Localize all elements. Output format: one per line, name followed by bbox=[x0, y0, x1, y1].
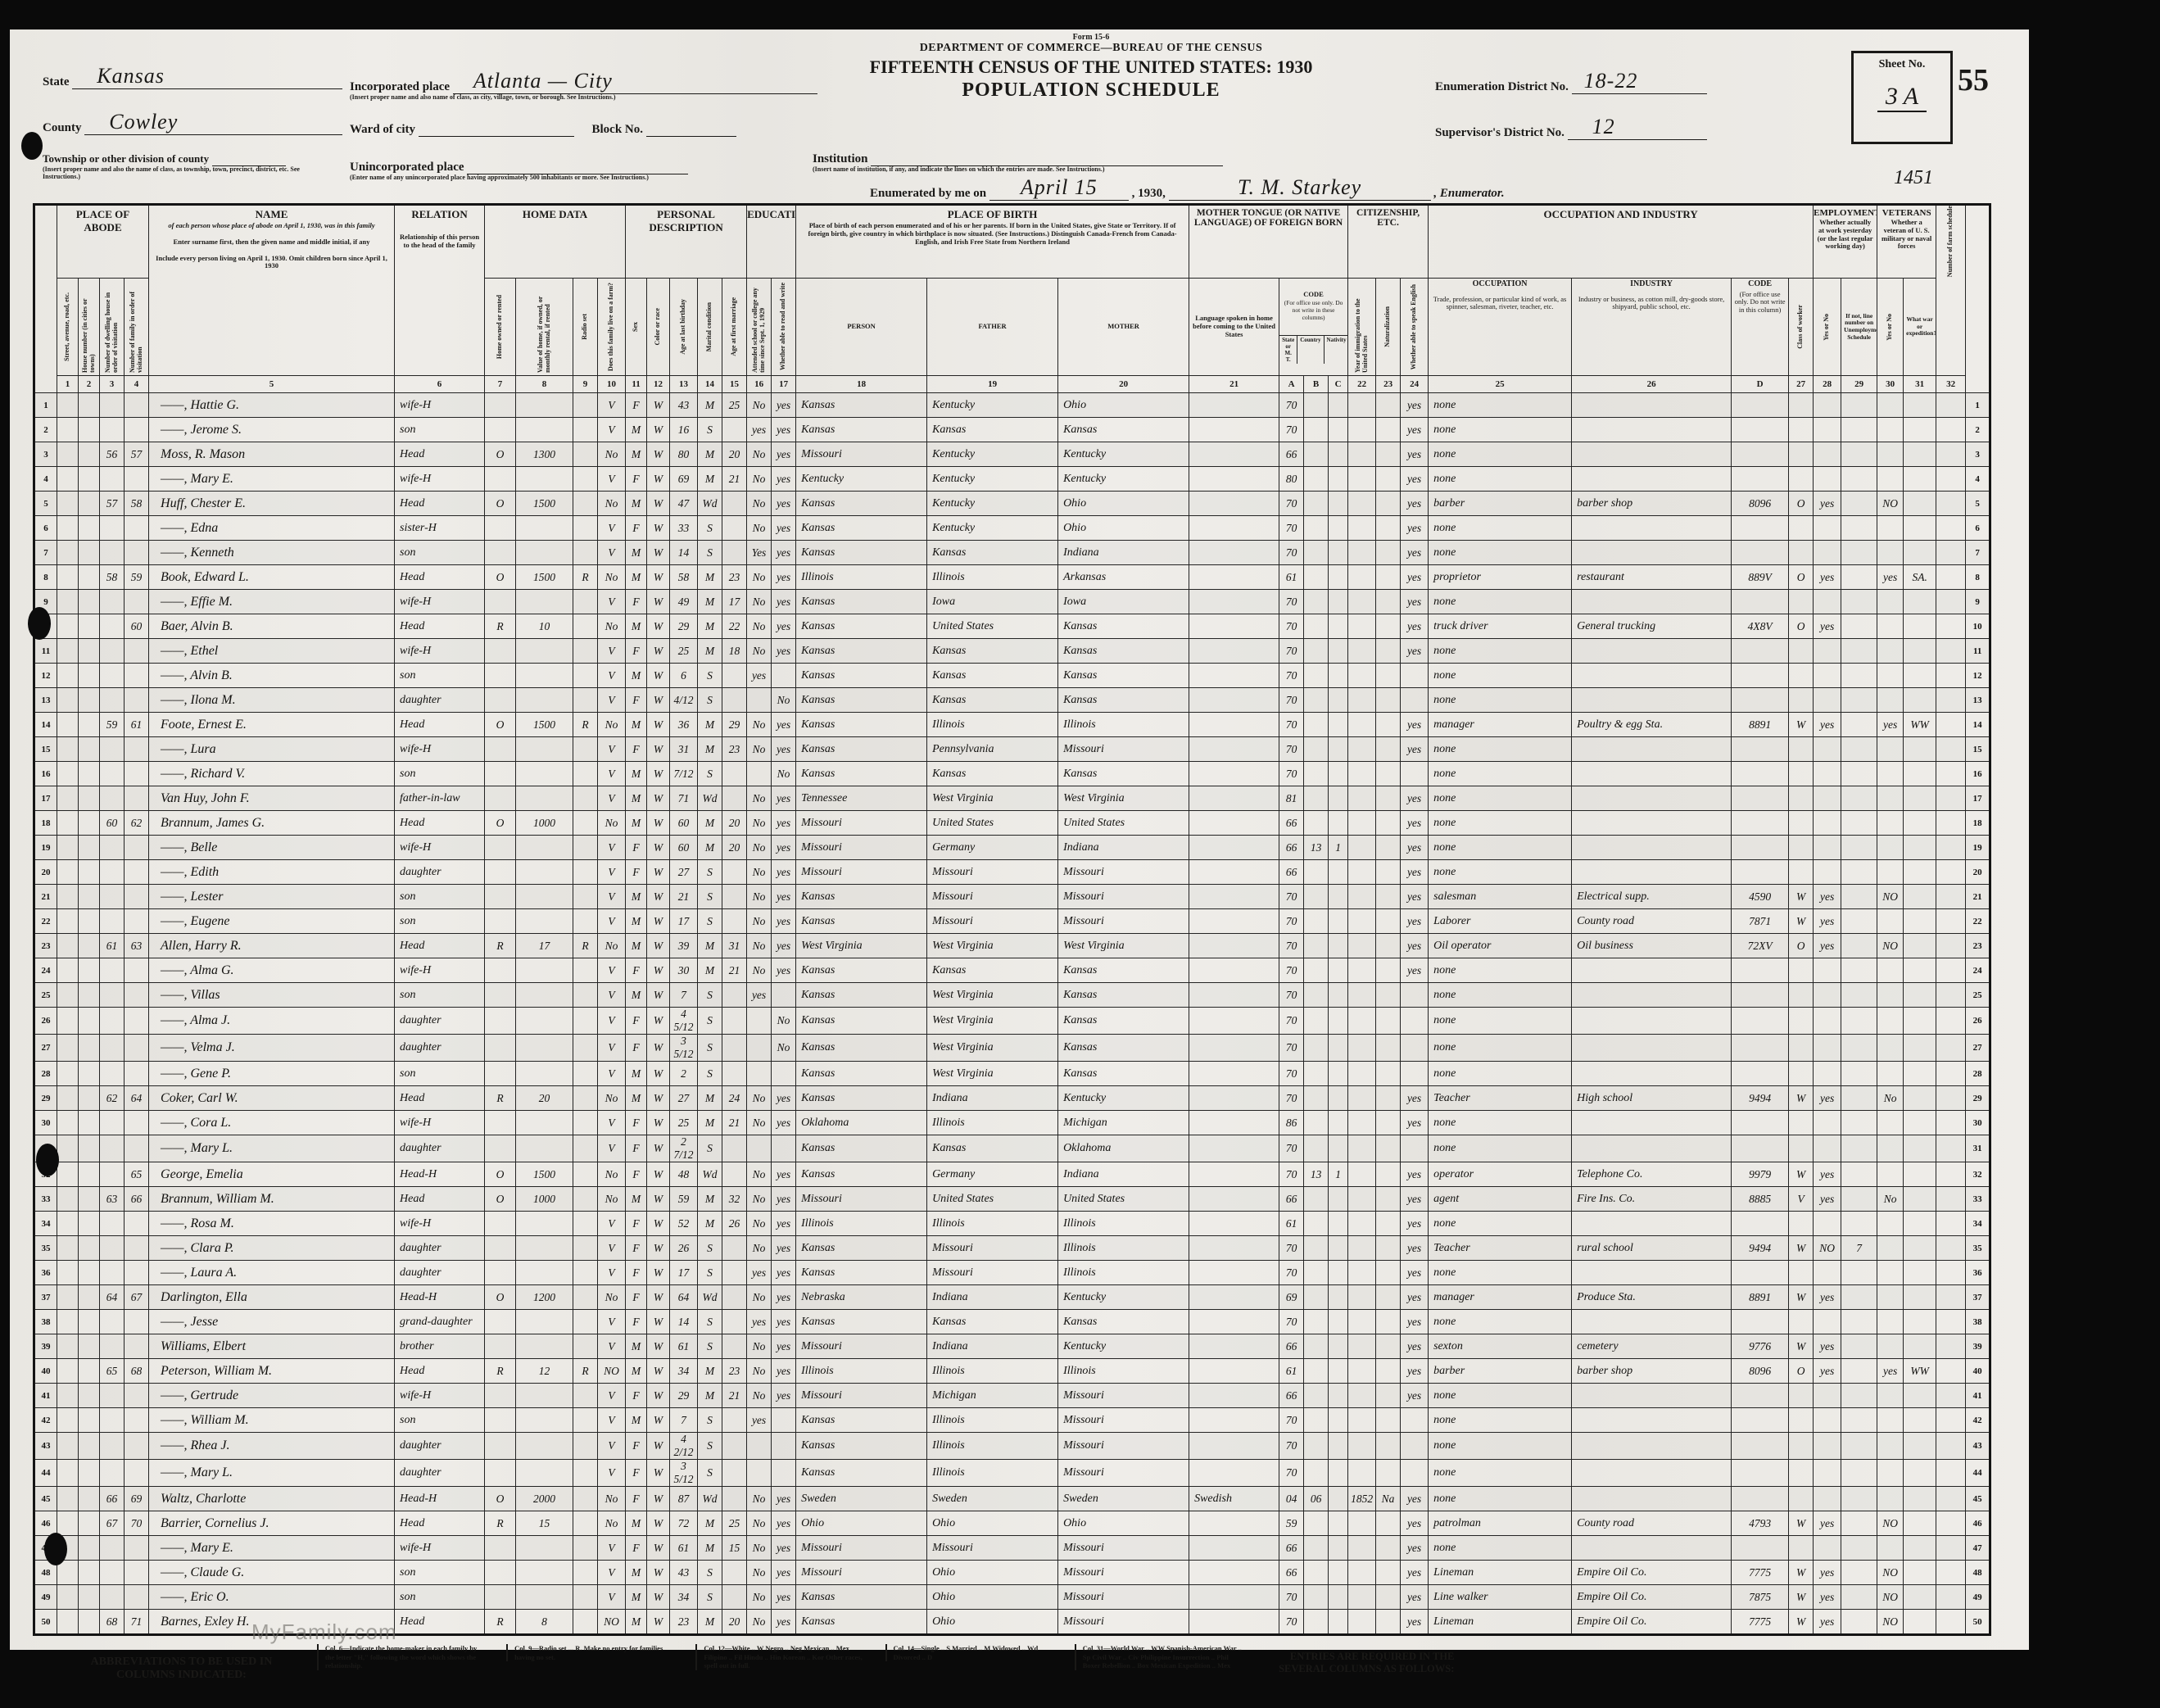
cell bbox=[57, 1111, 79, 1135]
line-number-left: 17 bbox=[34, 786, 57, 811]
cell: barber shop bbox=[1572, 1359, 1732, 1384]
cell: 71 bbox=[125, 1610, 149, 1635]
cell: yes bbox=[1401, 909, 1429, 934]
cell: 64 bbox=[670, 1285, 698, 1310]
cell bbox=[79, 909, 100, 934]
line-number-right: 6 bbox=[1966, 516, 1990, 541]
cell: S bbox=[698, 1008, 722, 1035]
cell: yes bbox=[772, 1585, 796, 1610]
cell: Kansas bbox=[796, 614, 927, 639]
cell bbox=[1732, 737, 1789, 762]
cell bbox=[485, 737, 516, 762]
cell bbox=[1348, 467, 1376, 492]
cell: Missouri bbox=[927, 885, 1058, 909]
cell: yes bbox=[772, 565, 796, 590]
cell bbox=[722, 516, 747, 541]
cell: yes bbox=[747, 418, 772, 442]
cell: No bbox=[747, 786, 772, 811]
cell bbox=[1877, 1408, 1904, 1433]
cell bbox=[1904, 983, 1936, 1008]
cell: Empire Oil Co. bbox=[1572, 1561, 1732, 1585]
line-number-left: 24 bbox=[34, 958, 57, 983]
cell: 80 bbox=[670, 442, 698, 467]
cell: W bbox=[1789, 1285, 1814, 1310]
cell: V bbox=[598, 1062, 626, 1086]
cell: V bbox=[598, 1536, 626, 1561]
cell bbox=[79, 516, 100, 541]
cell: Laborer bbox=[1429, 909, 1572, 934]
cell bbox=[79, 1086, 100, 1111]
cell: 48 bbox=[670, 1162, 698, 1187]
cell bbox=[1329, 590, 1348, 614]
cell bbox=[79, 1008, 100, 1035]
cell: O bbox=[485, 1162, 516, 1187]
cell bbox=[1304, 1610, 1329, 1635]
cell: 80 bbox=[1279, 467, 1304, 492]
cell bbox=[485, 516, 516, 541]
cell bbox=[1189, 1585, 1279, 1610]
cell bbox=[485, 688, 516, 713]
cell bbox=[1189, 934, 1279, 958]
line-number-left: 2 bbox=[34, 418, 57, 442]
cell bbox=[100, 1035, 125, 1062]
cell bbox=[1936, 1187, 1966, 1212]
cell: yes bbox=[1814, 1334, 1841, 1359]
cell: yes bbox=[1814, 1086, 1841, 1111]
cell: M bbox=[626, 885, 647, 909]
cell: W bbox=[647, 1086, 670, 1111]
cell: 7 bbox=[670, 1408, 698, 1433]
cell bbox=[573, 1062, 598, 1086]
cell bbox=[1348, 786, 1376, 811]
cell bbox=[485, 590, 516, 614]
cell bbox=[79, 1433, 100, 1460]
cell: V bbox=[598, 860, 626, 885]
cell: 70 bbox=[1279, 664, 1304, 688]
cell: none bbox=[1429, 1310, 1572, 1334]
cell: yes bbox=[772, 467, 796, 492]
cell: 20 bbox=[722, 836, 747, 860]
cell bbox=[100, 836, 125, 860]
cell: M bbox=[698, 934, 722, 958]
cell: 62 bbox=[125, 811, 149, 836]
cell: Kansas bbox=[927, 958, 1058, 983]
cell: W bbox=[647, 1008, 670, 1035]
cell bbox=[1189, 860, 1279, 885]
cell: No bbox=[747, 836, 772, 860]
line-number-right: 39 bbox=[1966, 1334, 1990, 1359]
cell bbox=[516, 664, 573, 688]
cell bbox=[100, 1310, 125, 1334]
cell bbox=[1348, 492, 1376, 516]
cell: WW bbox=[1904, 1359, 1936, 1384]
column-number: 27 bbox=[1789, 376, 1814, 393]
cell: Missouri bbox=[796, 442, 927, 467]
cell bbox=[1936, 1460, 1966, 1487]
cell bbox=[1189, 885, 1279, 909]
cell bbox=[485, 393, 516, 418]
cell bbox=[1376, 565, 1401, 590]
cell: 70 bbox=[1279, 1408, 1304, 1433]
cell: 70 bbox=[1279, 1433, 1304, 1460]
cell bbox=[1329, 737, 1348, 762]
line-number-left: 50 bbox=[34, 1610, 57, 1635]
cell: Moss, R. Mason bbox=[149, 442, 395, 467]
cell: W bbox=[647, 860, 670, 885]
cell: F bbox=[626, 516, 647, 541]
cell bbox=[1904, 393, 1936, 418]
cell bbox=[79, 590, 100, 614]
cell: M bbox=[626, 565, 647, 590]
cell bbox=[722, 1035, 747, 1062]
cell bbox=[573, 1460, 598, 1487]
cell bbox=[1329, 418, 1348, 442]
cell bbox=[1904, 860, 1936, 885]
cell: W bbox=[647, 811, 670, 836]
cell bbox=[1572, 467, 1732, 492]
cell bbox=[1189, 1310, 1279, 1334]
cell bbox=[1329, 1487, 1348, 1511]
cell: Illinois bbox=[1058, 1359, 1189, 1384]
cell bbox=[1936, 811, 1966, 836]
cell: F bbox=[626, 737, 647, 762]
cell bbox=[1841, 1310, 1877, 1334]
column-number: 13 bbox=[670, 376, 698, 393]
cell: Head-H bbox=[395, 1285, 485, 1310]
cell: none bbox=[1429, 1261, 1572, 1285]
institution-field: Institution (Insert name of institution,… bbox=[813, 151, 1320, 174]
table-row: 30——, Cora L.wife-HVFW25M21NoyesOklahoma… bbox=[34, 1111, 1990, 1135]
form-number: Form 15-6 bbox=[796, 33, 1386, 42]
supervisor-district-field: Supervisor's District No. 12 bbox=[1435, 115, 1707, 140]
cell bbox=[79, 737, 100, 762]
line-number-right: 11 bbox=[1966, 639, 1990, 664]
cell: none bbox=[1429, 983, 1572, 1008]
cell: yes bbox=[772, 860, 796, 885]
cell: ——, Lester bbox=[149, 885, 395, 909]
cell: 26 bbox=[670, 1236, 698, 1261]
cell: yes bbox=[1401, 1212, 1429, 1236]
cell bbox=[79, 639, 100, 664]
cell bbox=[1841, 1062, 1877, 1086]
cell bbox=[1841, 541, 1877, 565]
cell: W bbox=[647, 958, 670, 983]
cell: yes bbox=[772, 1086, 796, 1111]
cell bbox=[1329, 393, 1348, 418]
cell bbox=[1304, 492, 1329, 516]
cell bbox=[1789, 541, 1814, 565]
cell: Missouri bbox=[927, 1236, 1058, 1261]
stamp-number: 1451 bbox=[1894, 167, 1933, 189]
cell bbox=[573, 909, 598, 934]
cell: Kansas bbox=[796, 492, 927, 516]
cell bbox=[1904, 590, 1936, 614]
cell: W bbox=[1789, 1334, 1814, 1359]
cell: 889V bbox=[1732, 565, 1789, 590]
cell bbox=[1376, 1536, 1401, 1561]
cell: S bbox=[698, 664, 722, 688]
cell bbox=[1304, 1062, 1329, 1086]
cell: Indiana bbox=[1058, 836, 1189, 860]
cell bbox=[1348, 1062, 1376, 1086]
cell: 58 bbox=[670, 565, 698, 590]
cell bbox=[57, 1285, 79, 1310]
cell: 7871 bbox=[1732, 909, 1789, 934]
cell bbox=[1936, 1162, 1966, 1187]
cell: Wd bbox=[698, 1487, 722, 1511]
cell: Produce Sta. bbox=[1572, 1285, 1732, 1310]
cell bbox=[485, 860, 516, 885]
cell bbox=[1572, 762, 1732, 786]
cell: 34 bbox=[670, 1585, 698, 1610]
cell bbox=[125, 909, 149, 934]
cell: 25 bbox=[670, 639, 698, 664]
cell: ——, Jerome S. bbox=[149, 418, 395, 442]
cell bbox=[1732, 393, 1789, 418]
line-number-right: 30 bbox=[1966, 1111, 1990, 1135]
cell bbox=[100, 1236, 125, 1261]
cell bbox=[1814, 1310, 1841, 1334]
cell bbox=[1841, 1536, 1877, 1561]
cell bbox=[1904, 909, 1936, 934]
cell bbox=[1877, 1285, 1904, 1310]
cell bbox=[1376, 1212, 1401, 1236]
table-row: 25——, VillassonVMW7SyesKansasWest Virgin… bbox=[34, 983, 1990, 1008]
cell bbox=[1732, 1008, 1789, 1035]
cell bbox=[573, 786, 598, 811]
cell bbox=[485, 1561, 516, 1585]
cell: F bbox=[626, 1487, 647, 1511]
township-field: Township or other division of county (In… bbox=[43, 151, 313, 181]
cell: Baer, Alvin B. bbox=[149, 614, 395, 639]
table-row: 376467Darlington, EllaHead-HO1200NoFW64W… bbox=[34, 1285, 1990, 1310]
cell bbox=[1841, 958, 1877, 983]
cell bbox=[516, 1585, 573, 1610]
table-row: 466770Barrier, Cornelius J.HeadR15NoMW72… bbox=[34, 1511, 1990, 1536]
cell: operator bbox=[1429, 1162, 1572, 1187]
cell bbox=[1329, 1285, 1348, 1310]
cell: O bbox=[485, 1187, 516, 1212]
cell: Ohio bbox=[1058, 1511, 1189, 1536]
cell: 8885 bbox=[1732, 1187, 1789, 1212]
cell: yes bbox=[1401, 541, 1429, 565]
cell bbox=[1572, 1008, 1732, 1035]
cell bbox=[1189, 786, 1279, 811]
cell bbox=[1376, 614, 1401, 639]
cell bbox=[1814, 1212, 1841, 1236]
table-row: 145961Foote, Ernest E.HeadO1500RNoMW36M2… bbox=[34, 713, 1990, 737]
cell bbox=[516, 1433, 573, 1460]
cell: No bbox=[598, 1162, 626, 1187]
cell bbox=[1936, 516, 1966, 541]
col-worked-yes-no: Yes or No bbox=[1823, 314, 1831, 341]
cell bbox=[516, 1536, 573, 1561]
line-number-right: 14 bbox=[1966, 713, 1990, 737]
cell: 70 bbox=[1279, 393, 1304, 418]
cell bbox=[1189, 1008, 1279, 1035]
name-desc-1: of each person whose place of abode on A… bbox=[149, 221, 394, 231]
cell bbox=[1732, 1460, 1789, 1487]
cell bbox=[1789, 860, 1814, 885]
cell bbox=[1376, 393, 1401, 418]
cell: yes bbox=[772, 1384, 796, 1408]
cell bbox=[1304, 1334, 1329, 1359]
table-row: 49——, Eric O.sonVMW34SNoyesKansasOhioMis… bbox=[34, 1585, 1990, 1610]
cell bbox=[125, 1460, 149, 1487]
cell: 70 bbox=[1279, 1035, 1304, 1062]
cell: No bbox=[747, 958, 772, 983]
table-row: 36——, Laura A.daughterVFW17SyesyesKansas… bbox=[34, 1261, 1990, 1285]
cell bbox=[1904, 1384, 1936, 1408]
cell: S bbox=[698, 1460, 722, 1487]
cell bbox=[1572, 1310, 1732, 1334]
cell bbox=[57, 1187, 79, 1212]
cell: yes bbox=[772, 614, 796, 639]
cell: West Virginia bbox=[927, 1008, 1058, 1035]
column-number: 23 bbox=[1376, 376, 1401, 393]
column-number: 22 bbox=[1348, 376, 1376, 393]
cell: V bbox=[598, 1334, 626, 1359]
cell bbox=[57, 713, 79, 737]
cell bbox=[1376, 418, 1401, 442]
cell bbox=[1814, 958, 1841, 983]
cell: ——, Kenneth bbox=[149, 541, 395, 565]
cell: yes bbox=[1401, 1334, 1429, 1359]
table-row: 296264Coker, Carl W.HeadR20NoMW27M24Noye… bbox=[34, 1086, 1990, 1111]
cell bbox=[722, 1433, 747, 1460]
table-row: 21——, LestersonVMW21SNoyesKansasMissouri… bbox=[34, 885, 1990, 909]
cell: yes bbox=[1401, 442, 1429, 467]
cell: ——, Gene P. bbox=[149, 1062, 395, 1086]
cell bbox=[772, 664, 796, 688]
cell bbox=[1789, 393, 1814, 418]
cell: 65 bbox=[125, 1162, 149, 1187]
cell bbox=[1189, 664, 1279, 688]
cell bbox=[1814, 393, 1841, 418]
cell bbox=[485, 639, 516, 664]
cell bbox=[772, 1062, 796, 1086]
cell: 56 bbox=[100, 442, 125, 467]
cell: yes bbox=[772, 639, 796, 664]
cell: M bbox=[626, 614, 647, 639]
cell bbox=[1789, 418, 1814, 442]
cell bbox=[1841, 664, 1877, 688]
cell: F bbox=[626, 590, 647, 614]
cell bbox=[485, 1062, 516, 1086]
column-number: 14 bbox=[698, 376, 722, 393]
cell: Missouri bbox=[927, 1261, 1058, 1285]
cell: F bbox=[626, 639, 647, 664]
cell bbox=[100, 516, 125, 541]
census-document: State Kansas County Cowley Township or o… bbox=[10, 29, 2029, 1650]
abbreviations-title: ABBREVIATIONS TO BE USED IN COLUMNS INDI… bbox=[67, 1644, 296, 1682]
abbr-note-col14: Col. 14—Single .. S Married .. M Widowed… bbox=[885, 1644, 1053, 1661]
cell bbox=[57, 1212, 79, 1236]
cell bbox=[573, 836, 598, 860]
cell bbox=[516, 1035, 573, 1062]
table-row: 11——, Ethelwife-HVFW25M18NoyesKansasKans… bbox=[34, 639, 1990, 664]
cell bbox=[1304, 1212, 1329, 1236]
cell bbox=[1304, 565, 1329, 590]
cell bbox=[1304, 664, 1329, 688]
cell bbox=[1189, 418, 1279, 442]
cell bbox=[1348, 1261, 1376, 1285]
cell bbox=[1304, 1261, 1329, 1285]
cell: No bbox=[598, 492, 626, 516]
cell: none bbox=[1429, 1384, 1572, 1408]
cell: 27 bbox=[670, 860, 698, 885]
cell: F bbox=[626, 1035, 647, 1062]
cell: M bbox=[626, 1359, 647, 1384]
cell: 43 bbox=[670, 393, 698, 418]
cell bbox=[1904, 1334, 1936, 1359]
line-number-right: 38 bbox=[1966, 1310, 1990, 1334]
cell: 4/12 bbox=[670, 688, 698, 713]
cell bbox=[1789, 1310, 1814, 1334]
cell bbox=[125, 664, 149, 688]
cell: Ohio bbox=[796, 1511, 927, 1536]
group-occupation-industry: OCCUPATION AND INDUSTRY bbox=[1429, 206, 1813, 221]
cell: ——, Mary E. bbox=[149, 1536, 395, 1561]
cell bbox=[1936, 1285, 1966, 1310]
cell: ——, Mary E. bbox=[149, 467, 395, 492]
cell: 66 bbox=[1279, 1384, 1304, 1408]
cell: Indiana bbox=[1058, 1162, 1189, 1187]
cell: wife-H bbox=[395, 737, 485, 762]
cell bbox=[1304, 1236, 1329, 1261]
cell: manager bbox=[1429, 713, 1572, 737]
cell: 70 bbox=[1279, 688, 1304, 713]
cell bbox=[1348, 1334, 1376, 1359]
column-number: 5 bbox=[149, 376, 395, 393]
line-number-left: 22 bbox=[34, 909, 57, 934]
cell: yes bbox=[772, 1334, 796, 1359]
census-scan-page: { "header": { "form_number": "Form 15-6"… bbox=[0, 0, 2160, 1708]
cell bbox=[1189, 590, 1279, 614]
cell: V bbox=[598, 1460, 626, 1487]
cell bbox=[1304, 934, 1329, 958]
cell: Missouri bbox=[796, 1187, 927, 1212]
cell bbox=[100, 1536, 125, 1561]
cell: Wd bbox=[698, 492, 722, 516]
cell: yes bbox=[1401, 1261, 1429, 1285]
cell bbox=[79, 565, 100, 590]
cell: M bbox=[698, 1187, 722, 1212]
cell bbox=[1304, 1111, 1329, 1135]
cell: NO bbox=[1877, 1511, 1904, 1536]
cell bbox=[1189, 1334, 1279, 1359]
page-stamp: 55 bbox=[1958, 62, 1989, 98]
cell bbox=[516, 467, 573, 492]
cell bbox=[1789, 1487, 1814, 1511]
cell: V bbox=[598, 516, 626, 541]
cell: yes bbox=[772, 786, 796, 811]
cell: none bbox=[1429, 1135, 1572, 1162]
cell bbox=[1841, 1162, 1877, 1187]
cell: M bbox=[626, 786, 647, 811]
table-row: 406568Peterson, William M.HeadR12RNOMW34… bbox=[34, 1359, 1990, 1384]
cell: son bbox=[395, 1062, 485, 1086]
cell bbox=[722, 1008, 747, 1035]
cell bbox=[1789, 786, 1814, 811]
cell: M bbox=[626, 541, 647, 565]
cell bbox=[722, 1310, 747, 1334]
cell: ——, Jesse bbox=[149, 1310, 395, 1334]
cell bbox=[1376, 1408, 1401, 1433]
cell: Germany bbox=[927, 836, 1058, 860]
col-code-d-title: CODE bbox=[1732, 279, 1788, 290]
cell bbox=[747, 1008, 772, 1035]
